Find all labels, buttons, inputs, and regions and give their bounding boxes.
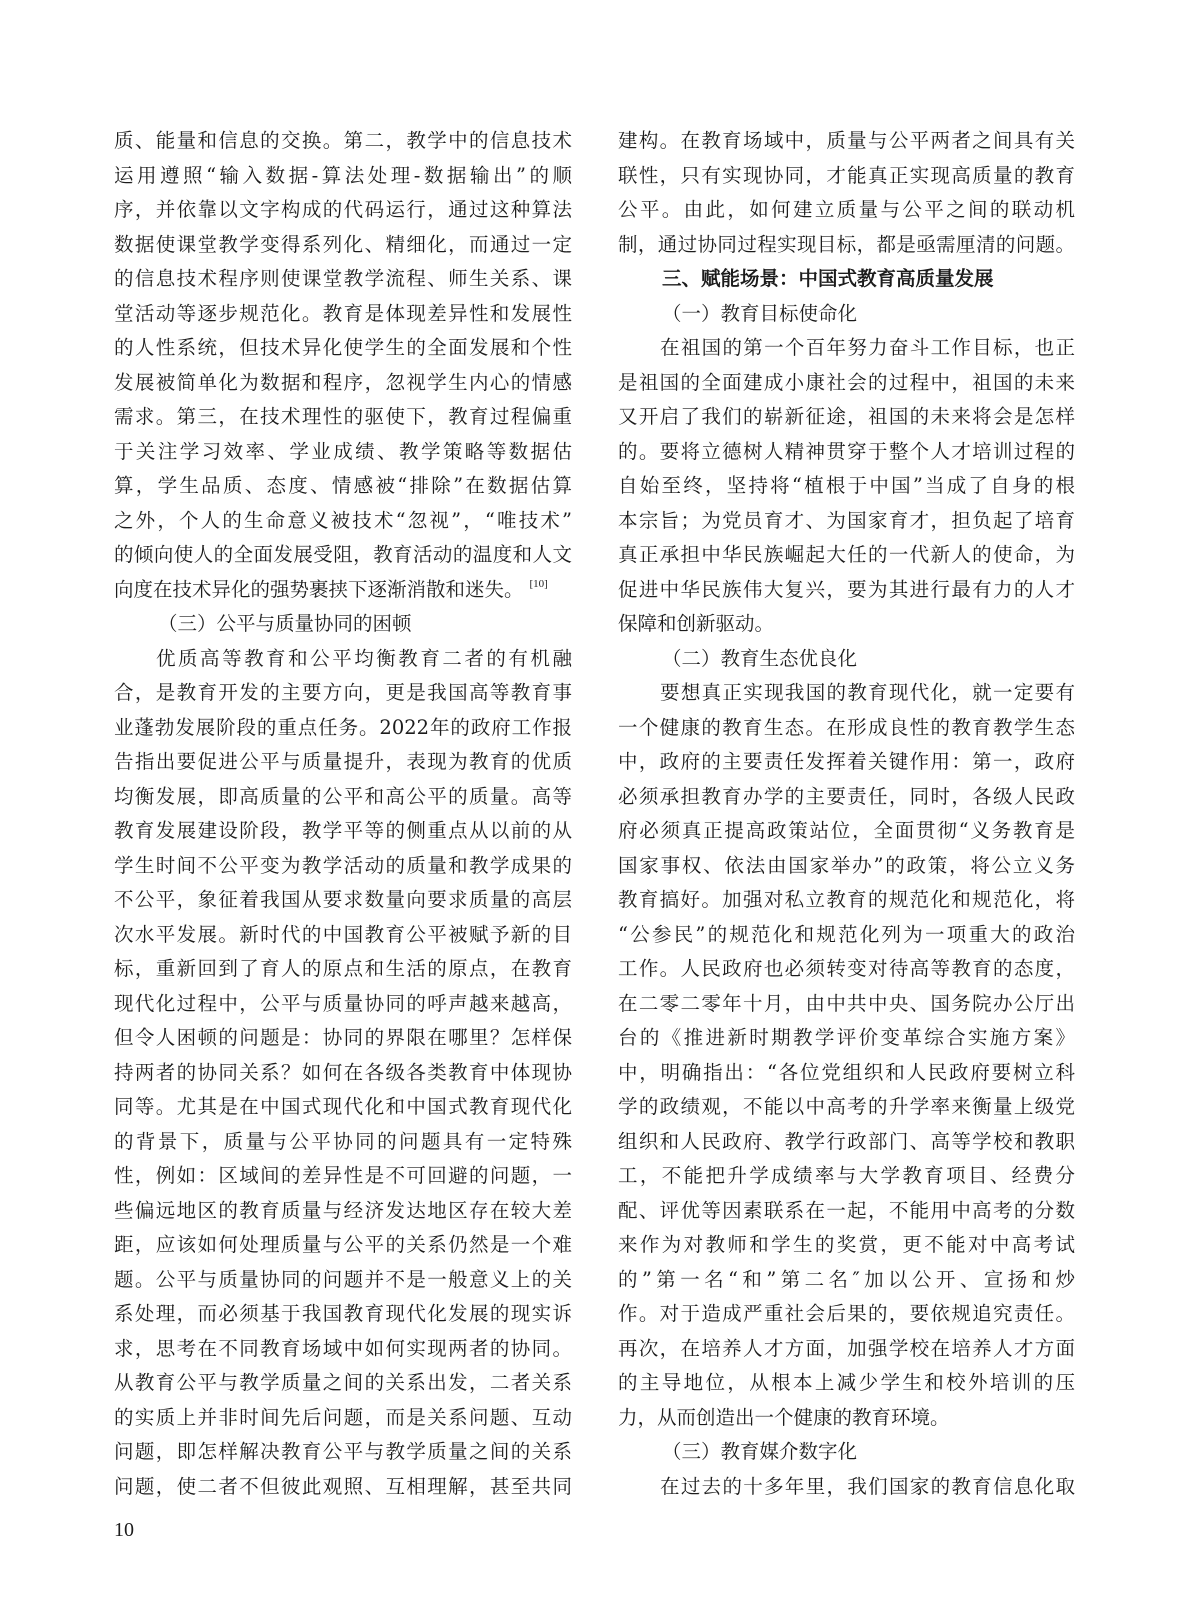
text-line: 公平。由此，如何建立质量与公平之间的联动机: [618, 193, 1075, 228]
text-line: 促进中华民族伟大复兴，要为其进行最有力的人才: [618, 573, 1075, 608]
text-line: 质、能量和信息的交换。第二，教学中的信息技术: [114, 124, 572, 159]
text-line: 再次，在培养人才方面，加强学校在培养人才方面: [618, 1332, 1075, 1367]
text-line: 作。对于造成严重社会后果的，要依规追究责任。: [618, 1297, 1075, 1332]
section-heading: 三、赋能场景：中国式教育高质量发展: [618, 262, 1075, 297]
text-line: 要想真正实现我国的教育现代化，就一定要有: [618, 676, 1075, 711]
text-line: 保障和创新驱动。: [618, 607, 1075, 642]
text-line: 序，并依靠以文字构成的代码运行，通过这种算法: [114, 193, 572, 228]
subsection-heading: （一）教育目标使命化: [618, 297, 1075, 332]
text-line: 向度在技术异化的强势裹挟下逐渐消散和迷失。[10]: [114, 573, 572, 608]
text-line: 求，思考在不同教育场域中如何实现两者的协同。: [114, 1332, 572, 1367]
text-line: 工，不能把升学成绩率与大学教育项目、经费分: [618, 1159, 1075, 1194]
text-line: 算，学生品质、态度、情感被“排除”在数据估算: [114, 469, 572, 504]
text-line: 自始至终，坚持将“植根于中国”当成了自身的根: [618, 469, 1075, 504]
text-line: 同等。尤其是在中国式现代化和中国式教育现代化: [114, 1090, 572, 1125]
text-line: 从教育公平与教学质量之间的关系出发，二者关系: [114, 1366, 572, 1401]
text-line: 来作为对教师和学生的奖赏，更不能对中高考试: [618, 1228, 1075, 1263]
text-line: 真正承担中华民族崛起大任的一代新人的使命，为: [618, 538, 1075, 573]
text-line: 一个健康的教育生态。在形成良性的教育教学生态: [618, 711, 1075, 746]
text-line: 告指出要促进公平与质量提升，表现为教育的优质: [114, 745, 572, 780]
paragraph: 质、能量和信息的交换。第二，教学中的信息技术 运用遵照“输入数据-算法处理-数据…: [114, 124, 572, 607]
paragraph: 建构。在教育场域中，质量与公平两者之间具有关 联性，只有实现协同，才能真正实现高…: [618, 124, 1075, 262]
subsection-heading: （三）教育媒介数字化: [618, 1435, 1075, 1470]
text-line: 于关注学习效率、学业成绩、教学策略等数据估: [114, 435, 572, 470]
text-line: 力，从而创造出一个健康的教育环境。: [618, 1401, 1075, 1436]
text-line: 府必须真正提高政策站位，全面贯彻“义务教育是: [618, 814, 1075, 849]
text-line: 堂活动等逐步规范化。教育是体现差异性和发展性: [114, 297, 572, 332]
text-line: 现代化过程中，公平与质量协同的呼声越来越高，: [114, 987, 572, 1022]
text-line: 的”第一名“和”第二名″加以公开、宣扬和炒: [618, 1263, 1075, 1298]
text-line: 学生时间不公平变为教学活动的质量和教学成果的: [114, 849, 572, 884]
text-line: 均衡发展，即高质量的公平和高公平的质量。高等: [114, 780, 572, 815]
subsection-heading: （三）公平与质量协同的困顿: [114, 607, 572, 642]
text-line: 是祖国的全面建成小康社会的过程中，祖国的未来: [618, 366, 1075, 401]
text-line: 优质高等教育和公平均衡教育二者的有机融: [114, 642, 572, 677]
text-line: 合，是教育开发的主要方向，更是我国高等教育事: [114, 676, 572, 711]
text-line: 距，应该如何处理质量与公平的关系仍然是一个难: [114, 1228, 572, 1263]
text-line: 运用遵照“输入数据-算法处理-数据输出”的顺: [114, 159, 572, 194]
page-number: 10: [114, 1518, 134, 1542]
text-line: 组织和人民政府、教学行政部门、高等学校和教职: [618, 1125, 1075, 1160]
text-line: 持两者的协同关系？如何在各级各类教育中体现协: [114, 1056, 572, 1091]
text-line: 的信息技术程序则使课堂教学流程、师生关系、课: [114, 262, 572, 297]
text-line: 工作。人民政府也必须转变对待高等教育的态度，: [618, 952, 1075, 987]
text-line: 发展被简单化为数据和程序，忽视学生内心的情感: [114, 366, 572, 401]
text-line: 教育发展建设阶段，教学平等的侧重点从以前的从: [114, 814, 572, 849]
text-line: 中，明确指出：“各位党组织和人民政府要树立科: [618, 1056, 1075, 1091]
text-line: 的。要将立德树人精神贯穿于整个人才培训过程的: [618, 435, 1075, 470]
text-line: 台的《推进新时期教学评价变革综合实施方案》: [618, 1021, 1075, 1056]
paragraph: 在祖国的第一个百年努力奋斗工作目标，也正 是祖国的全面建成小康社会的过程中，祖国…: [618, 331, 1075, 642]
right-column: 建构。在教育场域中，质量与公平两者之间具有关 联性，只有实现协同，才能真正实现高…: [618, 124, 1075, 1504]
text-line: 联性，只有实现协同，才能真正实现高质量的教育: [618, 159, 1075, 194]
text-line: 又开启了我们的崭新征途，祖国的未来将会是怎样: [618, 400, 1075, 435]
text-line: 之外，个人的生命意义被技术“忽视”，“唯技术”: [114, 504, 572, 539]
text-line: 的人性系统，但技术异化使学生的全面发展和个性: [114, 331, 572, 366]
paragraph: 要想真正实现我国的教育现代化，就一定要有 一个健康的教育生态。在形成良性的教育教…: [618, 676, 1075, 1435]
subsection-heading: （二）教育生态优良化: [618, 642, 1075, 677]
text-line: 题。公平与质量协同的问题并不是一般意义上的关: [114, 1263, 572, 1298]
citation-reference: [10]: [530, 578, 548, 590]
text-line: 国家事权、依法由国家举办”的政策，将公立义务: [618, 849, 1075, 884]
text-line: 建构。在教育场域中，质量与公平两者之间具有关: [618, 124, 1075, 159]
text-line: 中，政府的主要责任发挥着关键作用：第一，政府: [618, 745, 1075, 780]
paragraph: 在过去的十多年里，我们国家的教育信息化取: [618, 1470, 1075, 1505]
text-line: 系处理，而必须基于我国教育现代化发展的现实诉: [114, 1297, 572, 1332]
text-line: 业蓬勃发展阶段的重点任务。2022年的政府工作报: [114, 711, 572, 746]
text-line: 教育搞好。加强对私立教育的规范化和规范化，将: [618, 883, 1075, 918]
text-line: 配、评优等因素联系在一起，不能用中高考的分数: [618, 1194, 1075, 1229]
text-line: 在二零二零年十月，由中共中央、国务院办公厅出: [618, 987, 1075, 1022]
text-line: 次水平发展。新时代的中国教育公平被赋予新的目: [114, 918, 572, 953]
text-line-content: 向度在技术异化的强势裹挟下逐渐消散和迷失。: [114, 578, 524, 601]
text-line: 些偏远地区的教育质量与经济发达地区存在较大差: [114, 1194, 572, 1229]
text-line: 制，通过协同过程实现目标，都是亟需厘清的问题。: [618, 228, 1075, 263]
text-line: 问题，即怎样解决教育公平与教学质量之间的关系: [114, 1435, 572, 1470]
text-line: “公参民”的规范化和规范化列为一项重大的政治: [618, 918, 1075, 953]
text-line: 性，例如：区域间的差异性是不可回避的问题，一: [114, 1159, 572, 1194]
text-line: 必须承担教育办学的主要责任，同时，各级人民政: [618, 780, 1075, 815]
text-line: 在过去的十多年里，我们国家的教育信息化取: [618, 1470, 1075, 1505]
text-line: 但令人困顿的问题是：协同的界限在哪里？怎样保: [114, 1021, 572, 1056]
text-line: 的实质上并非时间先后问题，而是关系问题、互动: [114, 1401, 572, 1436]
text-line: 在祖国的第一个百年努力奋斗工作目标，也正: [618, 331, 1075, 366]
text-line: 的倾向使人的全面发展受阻，教育活动的温度和人文: [114, 538, 572, 573]
text-line: 学的政绩观，不能以中高考的升学率来衡量上级党: [618, 1090, 1075, 1125]
text-line: 数据使课堂教学变得系列化、精细化，而通过一定: [114, 228, 572, 263]
left-column: 质、能量和信息的交换。第二，教学中的信息技术 运用遵照“输入数据-算法处理-数据…: [114, 124, 572, 1504]
paragraph: 优质高等教育和公平均衡教育二者的有机融 合，是教育开发的主要方向，更是我国高等教…: [114, 642, 572, 1505]
text-line: 需求。第三，在技术理性的驱使下，教育过程偏重: [114, 400, 572, 435]
text-line: 不公平，象征着我国从要求数量向要求质量的高层: [114, 883, 572, 918]
text-line: 标，重新回到了育人的原点和生活的原点，在教育: [114, 952, 572, 987]
text-line: 的背景下，质量与公平协同的问题具有一定特殊: [114, 1125, 572, 1160]
text-line: 本宗旨；为党员育才、为国家育才，担负起了培育: [618, 504, 1075, 539]
text-line: 问题，使二者不但彼此观照、互相理解，甚至共同: [114, 1470, 572, 1505]
text-line: 的主导地位，从根本上减少学生和校外培训的压: [618, 1366, 1075, 1401]
